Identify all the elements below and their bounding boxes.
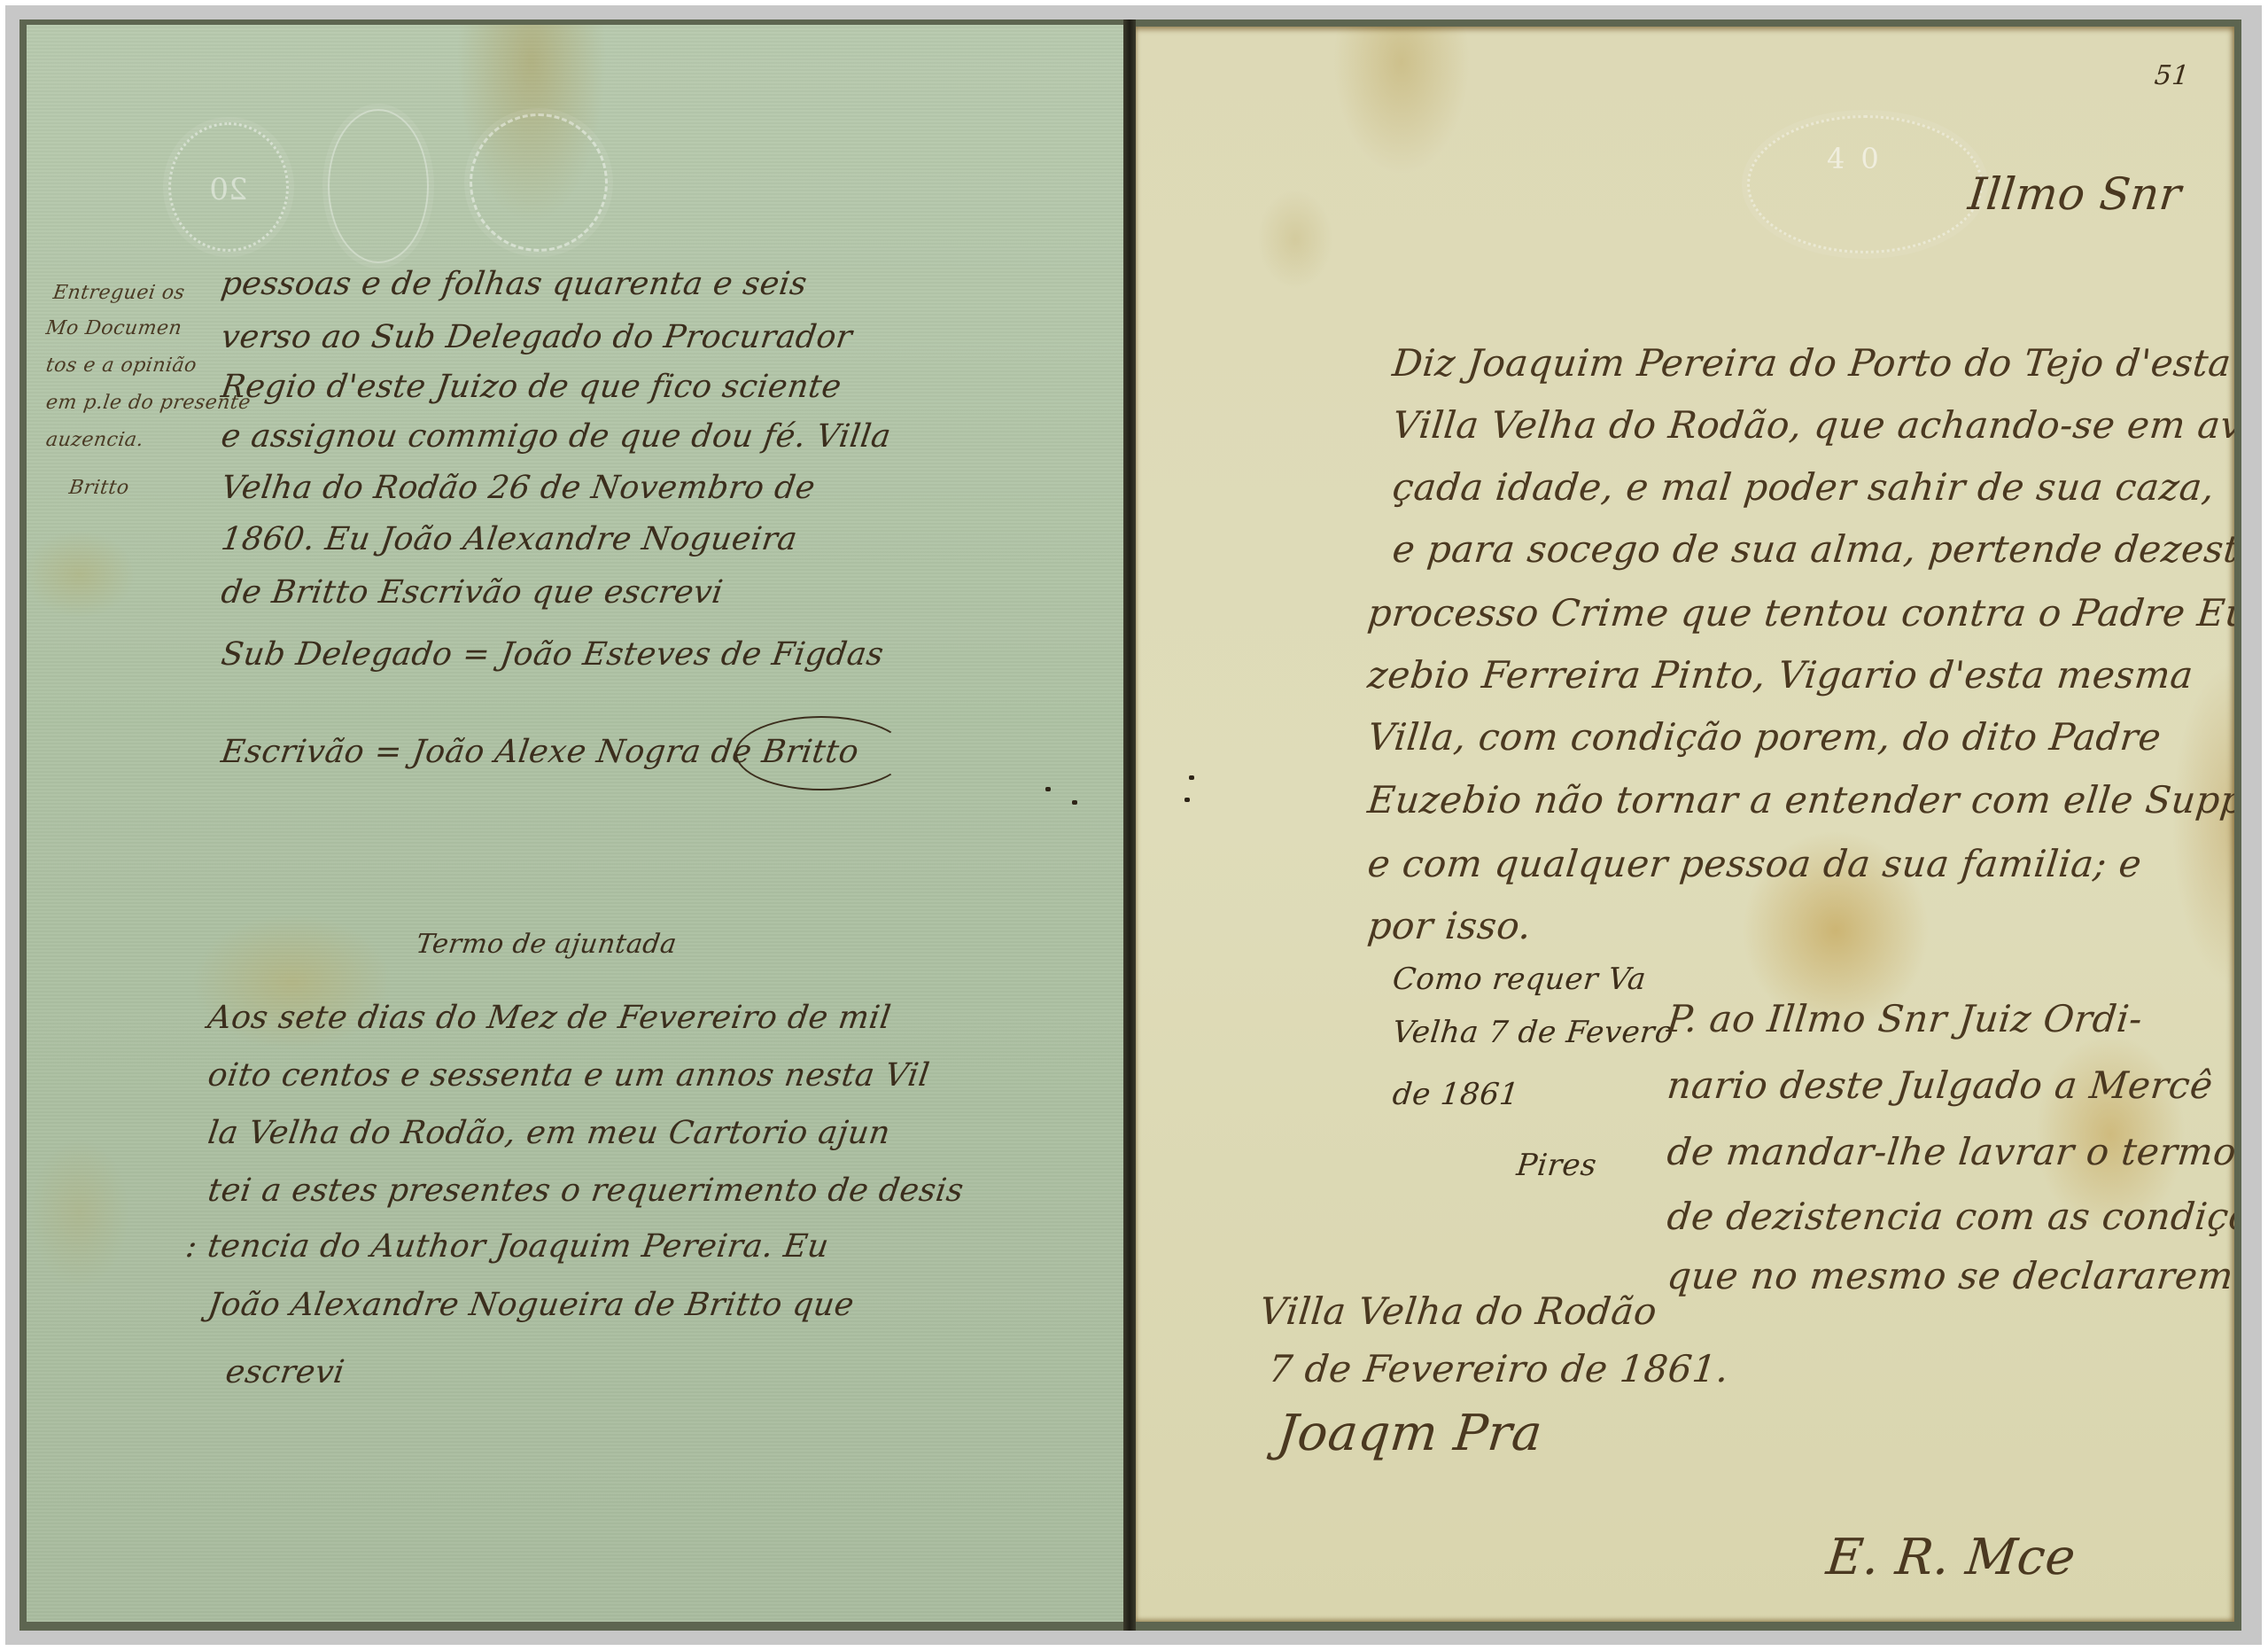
embossed-seal-value-icon: 20 [168,122,289,252]
petition-line: Villa Velha do Rodão, que achando-se em … [1390,403,2234,447]
section-line: escrevi [223,1354,347,1390]
petitioner-signature: Joaqm Pra [1275,1405,1545,1462]
body-line: Regio d'este Juizo de que fico sciente [219,369,843,405]
place-line: Villa Velha do Rodão [1257,1289,1658,1333]
ink-blot [1189,775,1194,780]
embossed-oval-seal-icon [470,113,608,252]
right-page: 51 40 Illmo Snr Diz Joaquim Pereira do P… [1136,27,2234,1622]
signature-flourish-icon [735,716,907,790]
petition-line: zebio Ferreira Pinto, Vigario d'esta mes… [1365,653,2195,697]
request-line: de dezistencia com as condições [1665,1195,2234,1238]
signature-sub-delegado: Sub Delegado = João Esteves de Figdas [219,636,886,673]
request-line: que no mesmo se declararem [1665,1254,2234,1297]
left-page: 20 Entreguei os Mo Documen tos e a opini… [27,25,1125,1622]
petition-line: por isso. [1365,904,1534,947]
margin-note-line: auzencia. [44,429,145,451]
despacho-line: Como requer Va [1391,962,1648,997]
petition-line: processo Crime que tentou contra o Padre… [1365,591,2234,635]
body-line: de Britto Escrivão que escrevi [219,574,726,611]
body-line: verso ao Sub Delegado do Procurador [219,319,854,355]
section-line: Aos sete dias do Mez de Fevereiro de mil [206,1000,893,1036]
section-line: la Velha do Rodão, em meu Cartorio ajun [206,1115,892,1151]
page-gutter-divider [1123,19,1136,1631]
request-line: nario deste Julgado a Mercê [1665,1063,2215,1107]
petition-line: e para socego de sua alma, pertende deze… [1390,527,2234,571]
despacho-line: de 1861 [1391,1077,1521,1112]
despacho-line: Velha 7 de Fevero [1391,1015,1675,1050]
petition-line: Diz Joaquim Pereira do Porto do Tejo d'e… [1390,341,2233,385]
body-line: Velha do Rodão 26 de Novembro de [219,470,818,506]
ink-blot [1045,787,1051,791]
section-title: Termo de ajuntada [415,929,680,960]
folio-number: 51 [2153,60,2191,91]
date-line: 7 de Fevereiro de 1861. [1266,1347,1731,1390]
margin-note-line: Britto [67,477,130,499]
petition-line: çada idade, e mal poder sahir de sua caz… [1390,465,2217,509]
body-line: e assignou commigo de que dou fé. Villa [219,418,893,455]
request-line: P. ao Illmo Snr Juiz Ordi- [1665,997,2144,1040]
margin-note-line: tos e a opinião [44,354,198,377]
request-line: de mandar-lhe lavrar o termo [1665,1130,2234,1173]
petition-line: Villa, com condição porem, do dito Padre [1365,715,2163,759]
seal-value: 20 [171,172,286,207]
ink-blot [1184,798,1190,802]
embossed-stamp-icon [1747,115,1983,253]
petition-line: Euzebio não tornar a entender com elle S… [1365,778,2234,822]
section-line: João Alexandre Nogueira de Britto que [206,1287,857,1323]
body-line: 1860. Eu João Alexandre Nogueira [219,521,800,557]
section-line: : tencia do Author Joaquim Pereira. Eu [183,1228,831,1265]
section-line: tei a estes presentes o requerimento de … [206,1172,966,1209]
margin-note-line: Mo Documen [44,317,183,339]
body-line: pessoas e de folhas quarenta e seis [219,266,810,302]
margin-note-line: Entreguei os [51,282,186,304]
ink-blot [1072,800,1077,805]
petition-line: e com qualquer pessoa da sua familia; e [1365,842,2143,885]
despacho-signature: Pires [1515,1148,1598,1183]
salutation: Illmo Snr [1966,168,2184,220]
embossed-coat-of-arms-icon [328,109,429,263]
closing-formula: E. R. Mce [1824,1529,2078,1586]
section-line: oito centos e sessenta e um annos nesta … [206,1057,932,1094]
